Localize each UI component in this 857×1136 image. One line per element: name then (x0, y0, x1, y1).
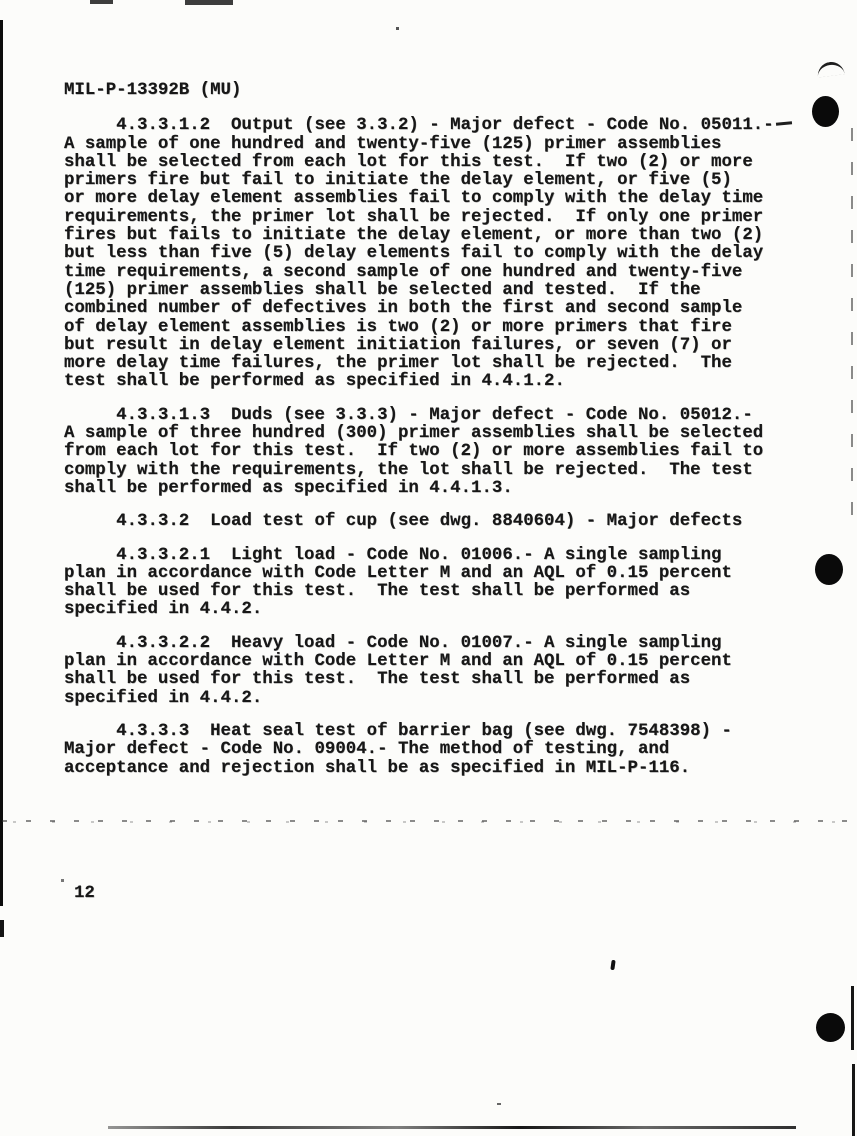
text-line: plan in accordance with Code Letter M an… (64, 653, 794, 671)
text-line: 4.3.3.2 Load test of cup (see dwg. 88406… (64, 513, 794, 531)
text-line: comply with the requirements, the lot sh… (64, 462, 794, 480)
text-line: shall be performed as specified in 4.4.1… (64, 480, 794, 498)
paragraph-4-3-3-2: 4.3.3.2 Load test of cup (see dwg. 88406… (64, 513, 794, 531)
text-line: but result in delay element initiation f… (64, 337, 794, 355)
scan-right-edge-line (851, 986, 854, 1050)
text-line: of delay element assemblies is two (2) o… (64, 319, 794, 337)
text-line: 4.3.3.1.2 Output (see 3.3.2) - Major def… (64, 117, 794, 135)
text-line: from each lot for this test. If two (2) … (64, 443, 794, 461)
scan-curl-mark (816, 60, 845, 77)
paragraph-4-3-3-2-2: 4.3.3.2.2 Heavy load - Code No. 01007.- … (64, 635, 794, 708)
text-line: shall be used for this test. The test sh… (64, 671, 794, 689)
text-line: 4.3.3.3 Heat seal test of barrier bag (s… (64, 723, 794, 741)
text-line: plan in accordance with Code Letter M an… (64, 565, 794, 583)
paragraph-4-3-3-1-2: 4.3.3.1.2 Output (see 3.3.2) - Major def… (64, 117, 794, 391)
binding-hole-dot-top (812, 96, 839, 127)
text-line: but less than five (5) delay elements fa… (64, 245, 794, 263)
text-line: time requirements, a second sample of on… (64, 264, 794, 282)
paragraph-4-3-3-1-3: 4.3.3.1.3 Duds (see 3.3.3) - Major defec… (64, 407, 794, 498)
scanned-document-page: MIL-P-13392B (MU) 4.3.3.1.2 Output (see … (0, 0, 857, 1136)
text-line: acceptance and rejection shall be as spe… (64, 760, 794, 778)
scan-left-border-line (0, 20, 3, 906)
text-line: shall be selected from each lot for this… (64, 154, 794, 172)
binding-hole-dot-middle (815, 554, 843, 585)
scan-top-edge-mark (90, 0, 113, 4)
text-line: specified in 4.4.2. (64, 690, 794, 708)
text-line: requirements, the primer lot shall be re… (64, 209, 794, 227)
text-line: (125) primer assemblies shall be selecte… (64, 282, 794, 300)
text-line: more delay time failures, the primer lot… (64, 355, 794, 373)
text-line: 4.3.3.2.1 Light load - Code No. 01006.- … (64, 547, 794, 565)
scan-top-edge-mark (185, 0, 233, 5)
text-line: or more delay element assemblies fail to… (64, 190, 794, 208)
paragraph-4-3-3-3: 4.3.3.3 Heat seal test of barrier bag (s… (64, 723, 794, 778)
document-id-header: MIL-P-13392B (MU) (64, 82, 794, 100)
scan-left-border-tick (0, 920, 4, 937)
text-line: Major defect - Code No. 09004.- The meth… (64, 741, 794, 759)
scan-right-edge-line (852, 1064, 855, 1136)
text-line: 4.3.3.1.3 Duds (see 3.3.3) - Major defec… (64, 407, 794, 425)
scan-speck (61, 879, 64, 882)
scan-speck (396, 27, 399, 30)
text-line: specified in 4.4.2. (64, 601, 794, 619)
scan-speck (497, 1103, 501, 1105)
text-line: shall be used for this test. The test sh… (64, 583, 794, 601)
paragraph-4-3-3-2-1: 4.3.3.2.1 Light load - Code No. 01006.- … (64, 547, 794, 620)
text-line: A sample of three hundred (300) primer a… (64, 425, 794, 443)
text-line: A sample of one hundred and twenty-five … (64, 136, 794, 154)
binding-hole-dot-bottom (816, 1013, 845, 1042)
scan-speck (610, 960, 615, 970)
page-number: 12 (74, 884, 95, 903)
document-body: MIL-P-13392B (MU) 4.3.3.1.2 Output (see … (64, 82, 794, 778)
scan-bottom-rule (108, 1126, 796, 1129)
text-line: fires but fails to initiate the delay el… (64, 227, 794, 245)
text-line: test shall be performed as specified in … (64, 373, 794, 391)
scan-speckle-row (0, 819, 857, 823)
text-line: primers fire but fail to initiate the de… (64, 172, 794, 190)
scan-right-edge-line (851, 128, 853, 526)
text-line: combined number of defectives in both th… (64, 300, 794, 318)
text-line: 4.3.3.2.2 Heavy load - Code No. 01007.- … (64, 635, 794, 653)
